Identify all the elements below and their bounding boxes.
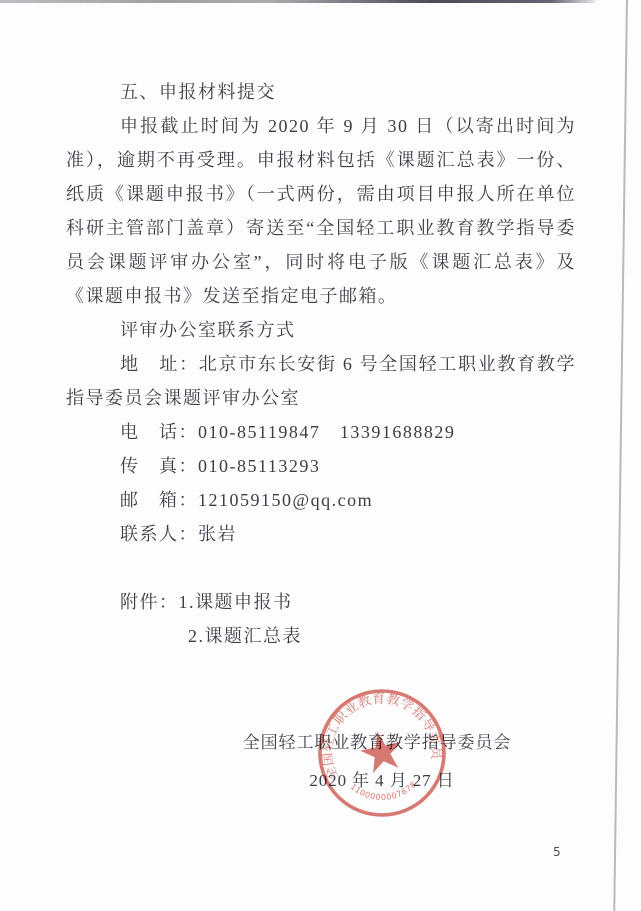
contact-fax: 传 真：010-85113293 <box>66 449 576 483</box>
seal-star-icon <box>357 727 406 775</box>
scan-artifact-top-edge <box>0 0 598 3</box>
attachments-line-2: 2.课题汇总表 <box>66 619 576 653</box>
contact-address: 地 址：北京市东长安街 6 号全国轻工职业教育教学指导委员会课题评审办公室 <box>66 347 576 415</box>
main-paragraph: 申报截止时间为 2020 年 9 月 30 日（以寄出时间为准），逾期不再受理。… <box>66 109 576 313</box>
section-heading: 五、申报材料提交 <box>66 75 576 109</box>
official-seal: 全国轻工职业教育教学指导委员会 1100000007678 <box>287 658 477 848</box>
contact-email: 邮 箱：121059150@qq.com <box>66 483 576 517</box>
page-number: 5 <box>553 845 561 859</box>
contact-person: 联系人：张岩 <box>66 517 576 551</box>
seal-code: 1100000007678 <box>347 769 420 809</box>
scanned-document-page: 五、申报材料提交 申报截止时间为 2020 年 9 月 30 日（以寄出时间为准… <box>0 0 641 911</box>
attachments-line-1: 附件：1.课题申报书 <box>66 585 576 619</box>
contact-phone: 电 话：010-85119847 13391688829 <box>66 415 576 449</box>
contact-heading: 评审办公室联系方式 <box>66 313 576 347</box>
